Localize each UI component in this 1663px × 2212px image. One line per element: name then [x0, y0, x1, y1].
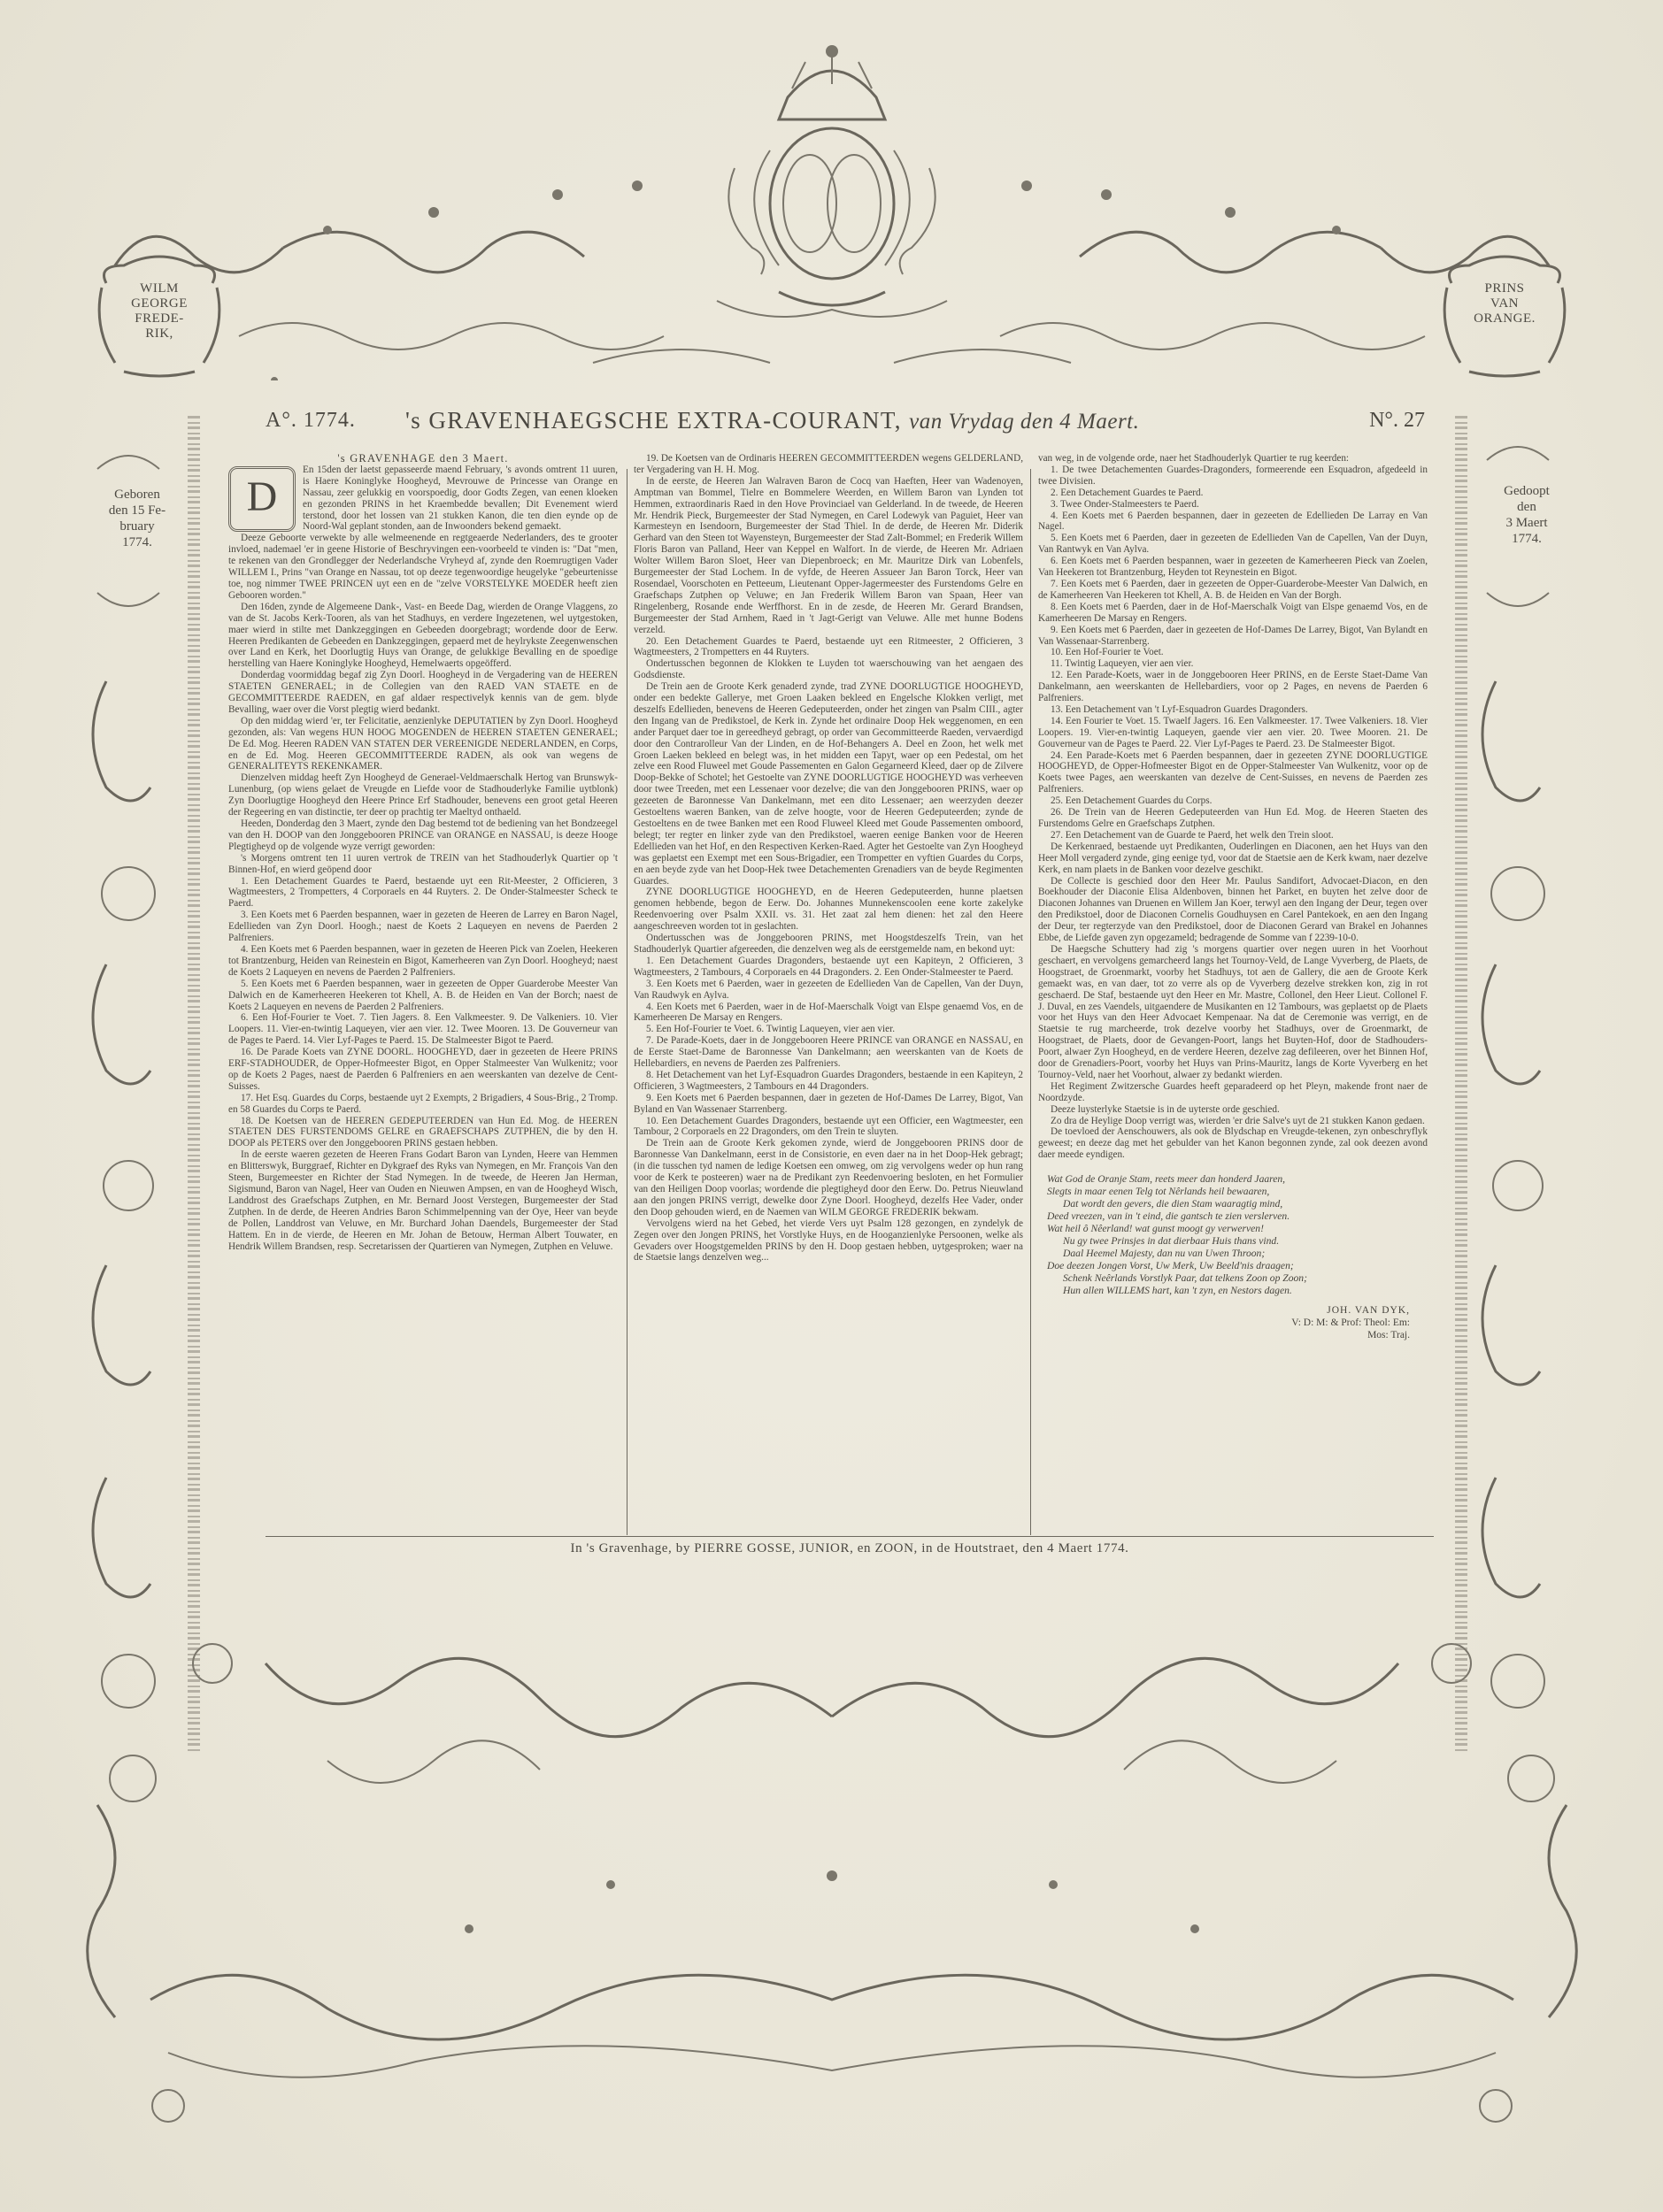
paragraph: 13. Een Detachement van 't Lyf-Esquadron… [1038, 704, 1428, 716]
paragraph: 3. Twee Onder-Stalmeesters te Paerd. [1038, 499, 1428, 511]
cartouche-line: RIK, [106, 326, 212, 342]
medallion-line: 3 Maert [1478, 515, 1575, 531]
paragraph: Zo dra de Heylige Doop verrigt was, wier… [1038, 1116, 1428, 1127]
medallion-line: Geboren [89, 487, 186, 503]
cartouche-line: VAN [1451, 296, 1558, 311]
paragraph: Deeze Geboorte verwekte by alle welmeene… [228, 533, 618, 601]
cartouche-line: WILM [106, 281, 212, 296]
paragraph: De Haegsche Schuttery had zig 's morgens… [1038, 944, 1428, 1081]
poem-line: Hun allen WILLEMS hart, kan 't zyn, en N… [1047, 1285, 1428, 1297]
paragraph: 5. Een Koets met 6 Paerden, daer in geze… [1038, 533, 1428, 556]
cartouche-line: PRINS [1451, 281, 1558, 296]
paragraph: 4. Een Koets met 6 Paerden, waer in de H… [634, 1002, 1023, 1025]
issue-number: N°. 27 [1369, 409, 1425, 433]
paragraph: 4. Een Koets met 6 Paerden bespannen, da… [1038, 511, 1428, 534]
paragraph: 's Morgens omtrent ten 11 uuren vertrok … [228, 853, 618, 876]
paragraph: 7. De Parade-Koets, daer in de Jonggeboo… [634, 1035, 1023, 1070]
paragraph: 5. Een Koets met 6 Paerden bespannen, wa… [228, 979, 618, 1013]
poem-line: Slegts in maar eenen Telg tot Nêrlands h… [1047, 1186, 1428, 1198]
paragraph: De Kerkenraed, bestaende uyt Predikanten… [1038, 841, 1428, 876]
paragraph: De toevloed der Aenschouwers, als ook de… [1038, 1126, 1428, 1161]
paragraph: In de eerste waeren gezeten de Heeren Fr… [228, 1149, 618, 1252]
paragraph: 12. Een Parade-Koets, waer in de Jonggeb… [1038, 670, 1428, 704]
birth-medallion: Geboren den 15 Fe- bruary 1774. [89, 487, 186, 550]
title-date: van Vrydag den 4 Maert. [909, 410, 1139, 434]
paragraph: 2. Een Detachement Guardes te Paerd. [1038, 488, 1428, 499]
paragraph: 3. Een Koets met 6 Paerden bespannen, wa… [228, 910, 618, 944]
column-divider [627, 469, 627, 1535]
paragraph: 4. Een Koets met 6 Paerden bespannen, wa… [228, 944, 618, 979]
title-main: 's GRAVENHAEGSCHE EXTRA-COURANT, [405, 407, 902, 434]
poem-line: Deed vreezen, van in 't eind, die gantsc… [1047, 1210, 1428, 1223]
paragraph: 18. De Koetsen van de HEEREN GEDEPUTEERD… [228, 1116, 618, 1150]
paragraph: Deeze luysterlyke Staetsie is in de uyte… [1038, 1104, 1428, 1116]
paragraph: Ondertusschen begonnen de Klokken te Luy… [634, 658, 1023, 681]
paragraph: Heeden, Donderdag den 3 Maert, zynde den… [228, 818, 618, 853]
paragraph: Vervolgens wierd na het Gebed, het vierd… [634, 1218, 1023, 1264]
paragraph: 11. Twintig Laqueyen, vier aen vier. [1038, 658, 1428, 670]
paragraph: De Trein aan de Groote Kerk gekomen zynd… [634, 1138, 1023, 1217]
paragraph: ZYNE DOORLUGTIGE HOOGHEYD, en de Heeren … [634, 887, 1023, 933]
paragraph: De Trein aen de Groote Kerk genaderd zyn… [634, 681, 1023, 887]
medallion-line: den [1478, 499, 1575, 515]
masthead: A°. 1774. 's GRAVENHAEGSCHE EXTRA-COURAN… [266, 409, 1434, 444]
column-divider [1030, 469, 1031, 1535]
paragraph: 1. Een Detachement Guardes te Paerd, bes… [228, 876, 618, 910]
paragraph: Dienzelven middag heeft Zyn Hoogheyd de … [228, 772, 618, 818]
paragraph: 1. De twee Detachementen Guardes-Dragond… [1038, 465, 1428, 488]
paragraph: 20. Een Detachement Guardes te Paerd, be… [634, 636, 1023, 659]
paragraph: In de eerste, de Heeren Jan Walraven Bar… [634, 476, 1023, 636]
paragraph: 9. Een Koets met 6 Paerden, daer in geze… [1038, 625, 1428, 648]
paragraph: 3. Een Koets met 6 Paerden, waer in geze… [634, 979, 1023, 1002]
column-3: van weg, in de volgende orde, naer het S… [1038, 453, 1428, 1537]
paragraph: Op den middag wierd 'er, ter Felicitatie… [228, 716, 618, 773]
cartouche-name: WILM GEORGE FREDE- RIK, [71, 248, 248, 380]
paragraph: Ondertusschen was de Jonggebooren PRINS,… [634, 933, 1023, 956]
dateline: 's GRAVENHAGE den 3 Maert. [228, 453, 618, 465]
paragraph: 17. Het Esq. Guardes du Corps, bestaende… [228, 1093, 618, 1116]
medallion-line: Gedoopt [1478, 483, 1575, 499]
paragraph: 9. Een Koets met 6 Paerden bespannen, da… [634, 1093, 1023, 1116]
paragraph: 6. Een Koets met 6 Paerden bespannen, wa… [1038, 556, 1428, 579]
paragraph: 7. Een Koets met 6 Paerden, daer in geze… [1038, 579, 1428, 602]
cartouche-title: PRINS VAN ORANGE. [1416, 248, 1593, 380]
paragraph: De Collecte is geschied door den Heer Mr… [1038, 876, 1428, 944]
dropcap-initial: D [228, 466, 296, 532]
poem-line: Daal Heemel Majesty, dan nu van Uwen Thr… [1047, 1248, 1428, 1260]
signature: JOH. VAN DYK, V: D: M: & Prof: Theol: Em… [1038, 1304, 1428, 1341]
paragraph: Donderdag voormiddag begaf zig Zyn Doorl… [228, 670, 618, 716]
paragraph: Den 16den, zynde de Algemeene Dank-, Vas… [228, 602, 618, 670]
paragraph: 16. De Parade Koets van ZYNE DOORL. HOOG… [228, 1047, 618, 1093]
medallion-line: bruary [89, 518, 186, 534]
article-columns: 's GRAVENHAGE den 3 Maert. D En 15den de… [228, 453, 1428, 1537]
paragraph: 19. De Koetsen van de Ordinaris HEEREN G… [634, 453, 1023, 476]
poem-line: Wat heil ô Nêerland! wat gunst moogt gy … [1047, 1223, 1428, 1235]
poem-line: Nu gy twee Prinsjes in dat dierbaar Huis… [1047, 1235, 1428, 1248]
poem-line: Dat wordt den gevers, die dien Stam waar… [1047, 1198, 1428, 1210]
right-border-ornament: Gedoopt den 3 Maert 1774. [1451, 416, 1584, 1752]
newspaper-sheet: WILM GEORGE FREDE- RIK, PRINS VAN ORANGE… [0, 0, 1663, 2212]
paragraph: 10. Een Detachement Guardes Dragonders, … [634, 1116, 1023, 1139]
signature-title: V: D: M: & Prof: Theol: Em: [1038, 1317, 1410, 1329]
paragraph: 8. Een Koets met 6 Paerden, daer in de H… [1038, 602, 1428, 625]
paragraph: 25. Een Detachement Guardes du Corps. [1038, 795, 1428, 807]
signature-name: JOH. VAN DYK, [1038, 1304, 1410, 1317]
bottom-ornamental-frieze [62, 1628, 1602, 2124]
cartouche-line: ORANGE. [1451, 311, 1558, 326]
cartouche-line: FREDE- [106, 311, 212, 326]
poem-line: Schenk Neêrlands Vorstlyk Paar, dat telk… [1047, 1272, 1428, 1285]
paragraph: 6. Een Hof-Fourier te Voet. 7. Tien Jage… [228, 1012, 618, 1047]
imprint-divider [266, 1536, 1434, 1537]
left-border-ornament: Geboren den 15 Fe- bruary 1774. [71, 416, 204, 1752]
printer-imprint: In 's Gravenhage, by PIERRE GOSSE, JUNIO… [266, 1541, 1434, 1568]
paragraph: 26. De Trein van de Heeren Gedeputeerden… [1038, 807, 1428, 830]
paragraph: 10. Een Hof-Fourier te Voet. [1038, 647, 1428, 658]
medallion-line: 1774. [89, 534, 186, 550]
column-2: 19. De Koetsen van de Ordinaris HEEREN G… [634, 453, 1023, 1537]
paragraph: 5. Een Hof-Fourier te Voet. 6. Twintig L… [634, 1024, 1023, 1035]
top-ornamental-frieze [62, 159, 1602, 380]
paragraph: 27. Een Detachement van de Guarde te Pae… [1038, 830, 1428, 841]
poem: Wat God de Oranje Stam, reets meer dan h… [1038, 1173, 1428, 1297]
chain-border-icon [188, 416, 200, 1752]
newspaper-title: 's GRAVENHAEGSCHE EXTRA-COURANT, van Vry… [405, 407, 1139, 434]
paragraph: 14. Een Fourier te Voet. 15. Twaelf Jage… [1038, 716, 1428, 750]
medallion-line: 1774. [1478, 531, 1575, 547]
poem-line: Wat God de Oranje Stam, reets meer dan h… [1047, 1173, 1428, 1186]
issue-year: A°. 1774. [266, 409, 356, 433]
column-1: 's GRAVENHAGE den 3 Maert. D En 15den de… [228, 453, 618, 1537]
paragraph: 1. Een Detachement Guardes Dragonders, b… [634, 956, 1023, 979]
signature-place: Mos: Traj. [1038, 1329, 1410, 1341]
cartouche-line: GEORGE [106, 296, 212, 311]
medallion-line: den 15 Fe- [89, 503, 186, 518]
baptism-medallion: Gedoopt den 3 Maert 1774. [1478, 483, 1575, 547]
paragraph: van weg, in de volgende orde, naer het S… [1038, 453, 1428, 465]
poem-line: Doe deezen Jongen Vorst, Uw Merk, Uw Bee… [1047, 1260, 1428, 1272]
paragraph: 24. Een Parade-Koets met 6 Paerden bespa… [1038, 750, 1428, 796]
paragraph: 8. Het Detachement van het Lyf-Esquadron… [634, 1070, 1023, 1093]
paragraph: Het Regiment Zwitzersche Guardes heeft g… [1038, 1081, 1428, 1104]
